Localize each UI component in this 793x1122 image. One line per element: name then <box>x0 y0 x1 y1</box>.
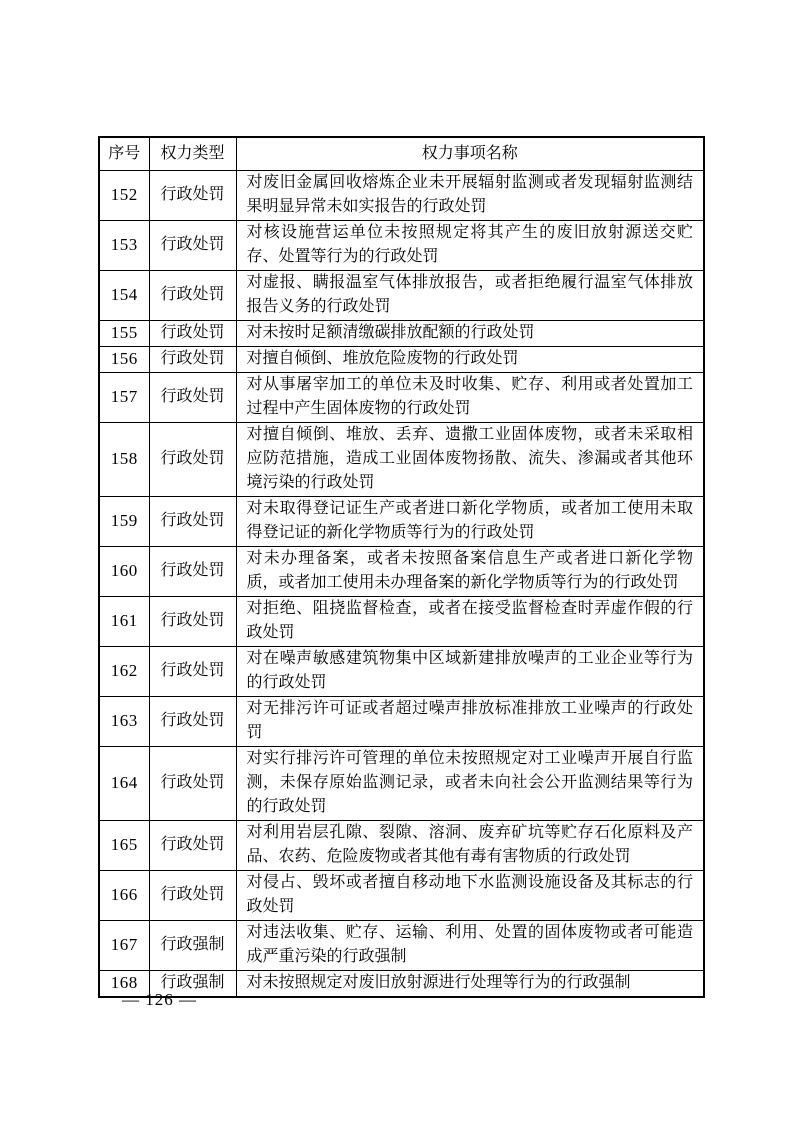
row-number-cell: 161 <box>99 596 149 646</box>
row-number-cell: 159 <box>99 496 149 546</box>
table-row: 162行政处罚对在噪声敏感建筑物集中区域新建排放噪声的工业企业等行为的行政处罚 <box>99 646 704 696</box>
table-row: 167行政强制对违法收集、贮存、运输、利用、处置的固体废物或者可能造成严重污染的… <box>99 920 704 970</box>
power-type-cell: 行政处罚 <box>149 270 236 320</box>
row-number-cell: 164 <box>99 746 149 820</box>
row-number-cell: 153 <box>99 220 149 270</box>
power-item-name-cell: 对未取得登记证生产或者进口新化学物质，或者加工使用未取得登记证的新化学物质等行为… <box>236 496 704 546</box>
row-number-cell: 160 <box>99 546 149 596</box>
row-number-cell: 163 <box>99 696 149 746</box>
table-row: 161行政处罚对拒绝、阻挠监督检查，或者在接受监督检查时弄虚作假的行政处罚 <box>99 596 704 646</box>
power-type-cell: 行政处罚 <box>149 220 236 270</box>
row-number-cell: 155 <box>99 320 149 346</box>
power-type-cell: 行政处罚 <box>149 320 236 346</box>
row-number-cell: 156 <box>99 346 149 372</box>
page-number: — 126 — <box>122 990 197 1010</box>
header-serial-number: 序号 <box>99 137 149 170</box>
header-power-item-name: 权力事项名称 <box>236 137 704 170</box>
power-type-cell: 行政处罚 <box>149 870 236 920</box>
power-type-cell: 行政处罚 <box>149 546 236 596</box>
row-number-cell: 166 <box>99 870 149 920</box>
table-row: 164行政处罚对实行排污许可管理的单位未按照规定对工业噪声开展自行监测，未保存原… <box>99 746 704 820</box>
row-number-cell: 162 <box>99 646 149 696</box>
row-number-cell: 167 <box>99 920 149 970</box>
header-power-type: 权力类型 <box>149 137 236 170</box>
table-header-row: 序号 权力类型 权力事项名称 <box>99 137 704 170</box>
table-row: 159行政处罚对未取得登记证生产或者进口新化学物质，或者加工使用未取得登记证的新… <box>99 496 704 546</box>
table-row: 163行政处罚对无排污许可证或者超过噪声排放标准排放工业噪声的行政处罚 <box>99 696 704 746</box>
power-type-cell: 行政处罚 <box>149 496 236 546</box>
power-item-name-cell: 对在噪声敏感建筑物集中区域新建排放噪声的工业企业等行为的行政处罚 <box>236 646 704 696</box>
table-row: 160行政处罚对未办理备案，或者未按照备案信息生产或者进口新化学物质，或者加工使… <box>99 546 704 596</box>
power-item-name-cell: 对从事屠宰加工的单位未及时收集、贮存、利用或者处置加工过程中产生固体废物的行政处… <box>236 372 704 422</box>
table-row: 165行政处罚对利用岩层孔隙、裂隙、溶洞、废弃矿坑等贮存石化原料及产品、农药、危… <box>99 820 704 870</box>
power-item-name-cell: 对未按照规定对废旧放射源进行处理等行为的行政强制 <box>236 970 704 997</box>
table-row: 153行政处罚对核设施营运单位未按照规定将其产生的废旧放射源送交贮存、处置等行为… <box>99 220 704 270</box>
power-item-name-cell: 对虚报、瞒报温室气体排放报告，或者拒绝履行温室气体排放报告义务的行政处罚 <box>236 270 704 320</box>
power-item-name-cell: 对擅自倾倒、堆放、丢弃、遗撒工业固体废物，或者未采取相应防范措施，造成工业固体废… <box>236 422 704 496</box>
row-number-cell: 152 <box>99 170 149 220</box>
power-item-name-cell: 对核设施营运单位未按照规定将其产生的废旧放射源送交贮存、处置等行为的行政处罚 <box>236 220 704 270</box>
table-row: 156行政处罚对擅自倾倒、堆放危险废物的行政处罚 <box>99 346 704 372</box>
power-item-name-cell: 对实行排污许可管理的单位未按照规定对工业噪声开展自行监测，未保存原始监测记录，或… <box>236 746 704 820</box>
row-number-cell: 154 <box>99 270 149 320</box>
table-row: 152行政处罚对废旧金属回收熔炼企业未开展辐射监测或者发现辐射监测结果明显异常未… <box>99 170 704 220</box>
power-type-cell: 行政处罚 <box>149 170 236 220</box>
row-number-cell: 157 <box>99 372 149 422</box>
table-row: 157行政处罚对从事屠宰加工的单位未及时收集、贮存、利用或者处置加工过程中产生固… <box>99 372 704 422</box>
power-type-cell: 行政处罚 <box>149 346 236 372</box>
power-table-body: 152行政处罚对废旧金属回收熔炼企业未开展辐射监测或者发现辐射监测结果明显异常未… <box>99 170 704 997</box>
table-row: 155行政处罚对未按时足额清缴碳排放配额的行政处罚 <box>99 320 704 346</box>
power-item-name-cell: 对废旧金属回收熔炼企业未开展辐射监测或者发现辐射监测结果明显异常未如实报告的行政… <box>236 170 704 220</box>
power-item-name-cell: 对利用岩层孔隙、裂隙、溶洞、废弃矿坑等贮存石化原料及产品、农药、危险废物或者其他… <box>236 820 704 870</box>
power-type-cell: 行政处罚 <box>149 646 236 696</box>
power-type-cell: 行政处罚 <box>149 696 236 746</box>
power-type-cell: 行政处罚 <box>149 596 236 646</box>
power-item-name-cell: 对擅自倾倒、堆放危险废物的行政处罚 <box>236 346 704 372</box>
row-number-cell: 158 <box>99 422 149 496</box>
power-item-name-cell: 对违法收集、贮存、运输、利用、处置的固体废物或者可能造成严重污染的行政强制 <box>236 920 704 970</box>
power-type-cell: 行政处罚 <box>149 820 236 870</box>
table-row: 158行政处罚对擅自倾倒、堆放、丢弃、遗撒工业固体废物，或者未采取相应防范措施，… <box>99 422 704 496</box>
table-row: 154行政处罚对虚报、瞒报温室气体排放报告，或者拒绝履行温室气体排放报告义务的行… <box>99 270 704 320</box>
document-page: 序号 权力类型 权力事项名称 152行政处罚对废旧金属回收熔炼企业未开展辐射监测… <box>0 0 793 1122</box>
power-type-cell: 行政处罚 <box>149 746 236 820</box>
power-type-cell: 行政处罚 <box>149 372 236 422</box>
power-type-cell: 行政强制 <box>149 920 236 970</box>
power-item-name-cell: 对无排污许可证或者超过噪声排放标准排放工业噪声的行政处罚 <box>236 696 704 746</box>
power-item-name-cell: 对侵占、毁坏或者擅自移动地下水监测设施设备及其标志的行政处罚 <box>236 870 704 920</box>
power-type-cell: 行政处罚 <box>149 422 236 496</box>
power-item-name-cell: 对未按时足额清缴碳排放配额的行政处罚 <box>236 320 704 346</box>
table-row: 166行政处罚对侵占、毁坏或者擅自移动地下水监测设施设备及其标志的行政处罚 <box>99 870 704 920</box>
power-item-name-cell: 对拒绝、阻挠监督检查，或者在接受监督检查时弄虚作假的行政处罚 <box>236 596 704 646</box>
power-items-table: 序号 权力类型 权力事项名称 152行政处罚对废旧金属回收熔炼企业未开展辐射监测… <box>98 136 705 998</box>
power-item-name-cell: 对未办理备案，或者未按照备案信息生产或者进口新化学物质，或者加工使用未办理备案的… <box>236 546 704 596</box>
row-number-cell: 165 <box>99 820 149 870</box>
